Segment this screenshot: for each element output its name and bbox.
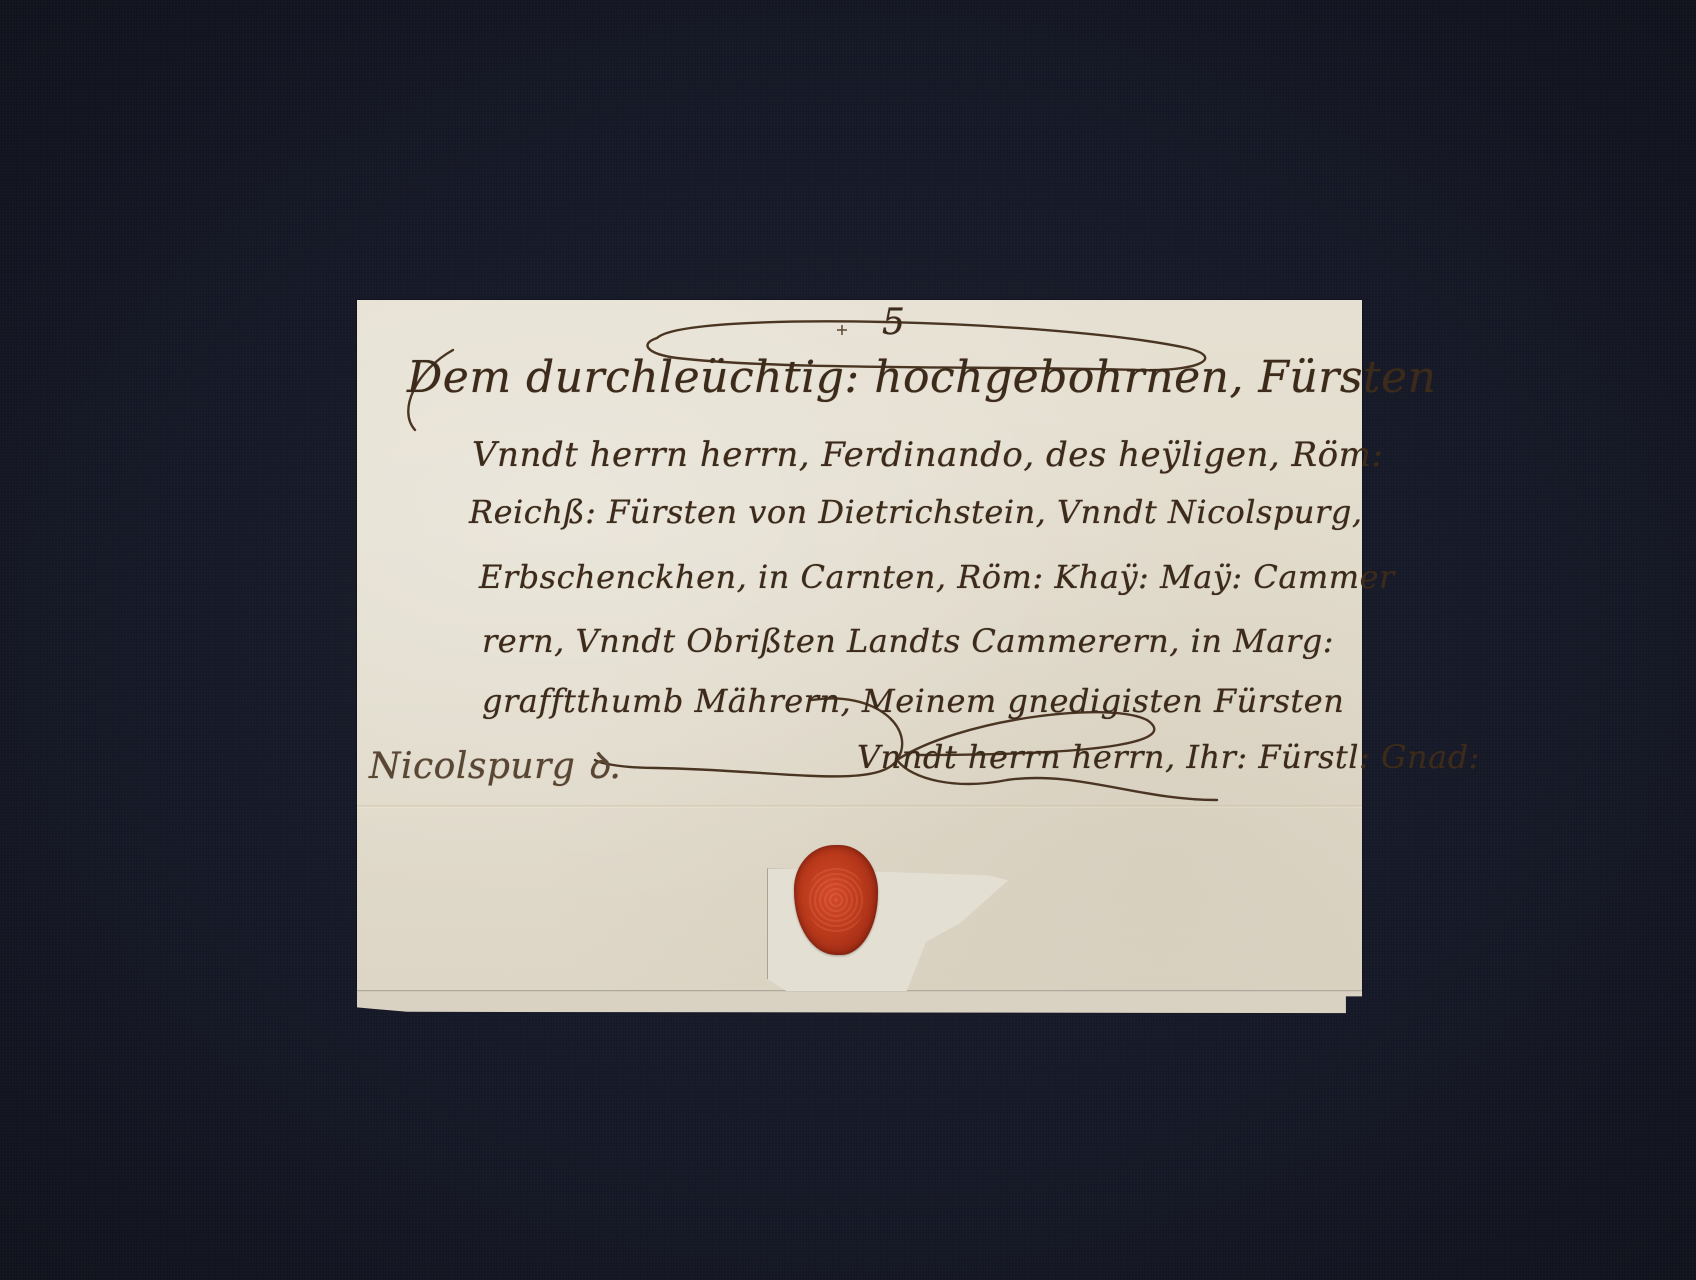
folio-mark: 5 [882,302,905,343]
place-signature: Nicolspurg ꝺ. [369,740,621,789]
folded-letter: 5 Dem durchleüchtig: hochgebohrnen, Fürs… [357,300,1362,1012]
address-line-1: Dem durchleüchtig: hochgebohrnen, Fürste… [407,352,1436,403]
address-line-7: Vnndt herrn herrn, Ihr: Fürstl: Gnad: [857,738,1480,776]
address-line-2: Vnndt herrn herrn, Ferdinando, des heÿli… [472,435,1383,475]
letter-paper: 5 Dem durchleüchtig: hochgebohrnen, Fürs… [357,300,1362,990]
fold-crease [357,805,1362,808]
address-line-3: Reichß: Fürsten von Dietrichstein, Vnndt… [469,493,1362,531]
address-line-5: rern, Vnndt Obrißten Landts Cammerern, i… [482,622,1334,660]
address-line-4: Erbschenckhen, in Carnten, Röm: Khaÿ: Ma… [479,558,1395,596]
address-line-6: grafftthumb Mährern, Meinem gnedigisten … [482,682,1344,720]
